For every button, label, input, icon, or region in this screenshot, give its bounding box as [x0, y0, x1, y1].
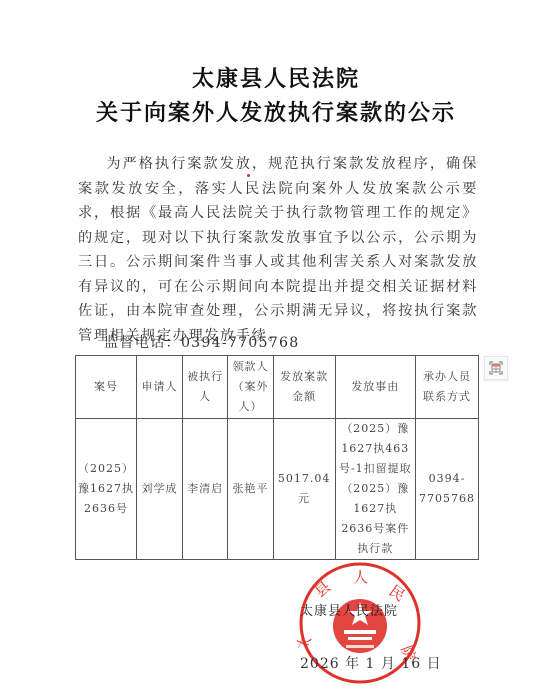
header-payee: 领款人（案外人）	[228, 356, 274, 419]
notice-date: 2026 年 1 月 16 日	[300, 653, 442, 673]
disbursement-table: 案号 申请人 被执行人 领款人（案外人） 发放案款金额 发放事由 承办人员联系方…	[75, 355, 479, 560]
seal-overlay-text: 太康县人民法院	[300, 600, 398, 619]
header-amount: 发放案款金额	[273, 356, 335, 419]
cell-reason: （2025）豫1627执463号-1扣留提取（2025）豫1627执2636号案…	[335, 419, 415, 560]
svg-text:太: 太	[296, 633, 315, 653]
cell-payee: 张艳平	[228, 419, 274, 560]
header-applicant: 申请人	[137, 356, 183, 419]
svg-text:人: 人	[353, 568, 368, 586]
cell-amount: 5017.04元	[273, 419, 335, 560]
cell-respondent: 李清启	[183, 419, 228, 560]
cell-case-no: （2025）豫1627执2636号	[76, 419, 137, 560]
header-contact: 承办人员联系方式	[416, 356, 479, 419]
table-expand-button[interactable]	[484, 356, 508, 380]
table-header-row: 案号 申请人 被执行人 领款人（案外人） 发放案款金额 发放事由 承办人员联系方…	[76, 356, 479, 419]
court-name-title: 太康县人民法院	[0, 62, 552, 93]
notice-paragraph: 为严格执行案款发放，规范执行案款发放程序，确保案款发放安全，落实人民法院向案外人…	[78, 152, 478, 348]
supervision-phone: 监督电话：0394-7705768	[104, 332, 299, 352]
notice-title: 关于向案外人发放执行案款的公示	[0, 96, 552, 127]
table-row: （2025）豫1627执2636号 刘学成 李清启 张艳平 5017.04元 （…	[76, 419, 479, 560]
notice-body: 为严格执行案款发放，规范执行案款发放程序，确保案款发放安全，落实人民法院向案外人…	[78, 152, 478, 348]
cell-applicant: 刘学成	[137, 419, 183, 560]
header-reason: 发放事由	[335, 356, 415, 419]
header-case-no: 案号	[76, 356, 137, 419]
red-mark	[247, 174, 250, 177]
svg-text:县: 县	[311, 578, 334, 601]
cell-contact: 0394-7705768	[416, 419, 479, 560]
table-expand-icon	[489, 361, 503, 375]
header-respondent: 被执行人	[183, 356, 228, 419]
